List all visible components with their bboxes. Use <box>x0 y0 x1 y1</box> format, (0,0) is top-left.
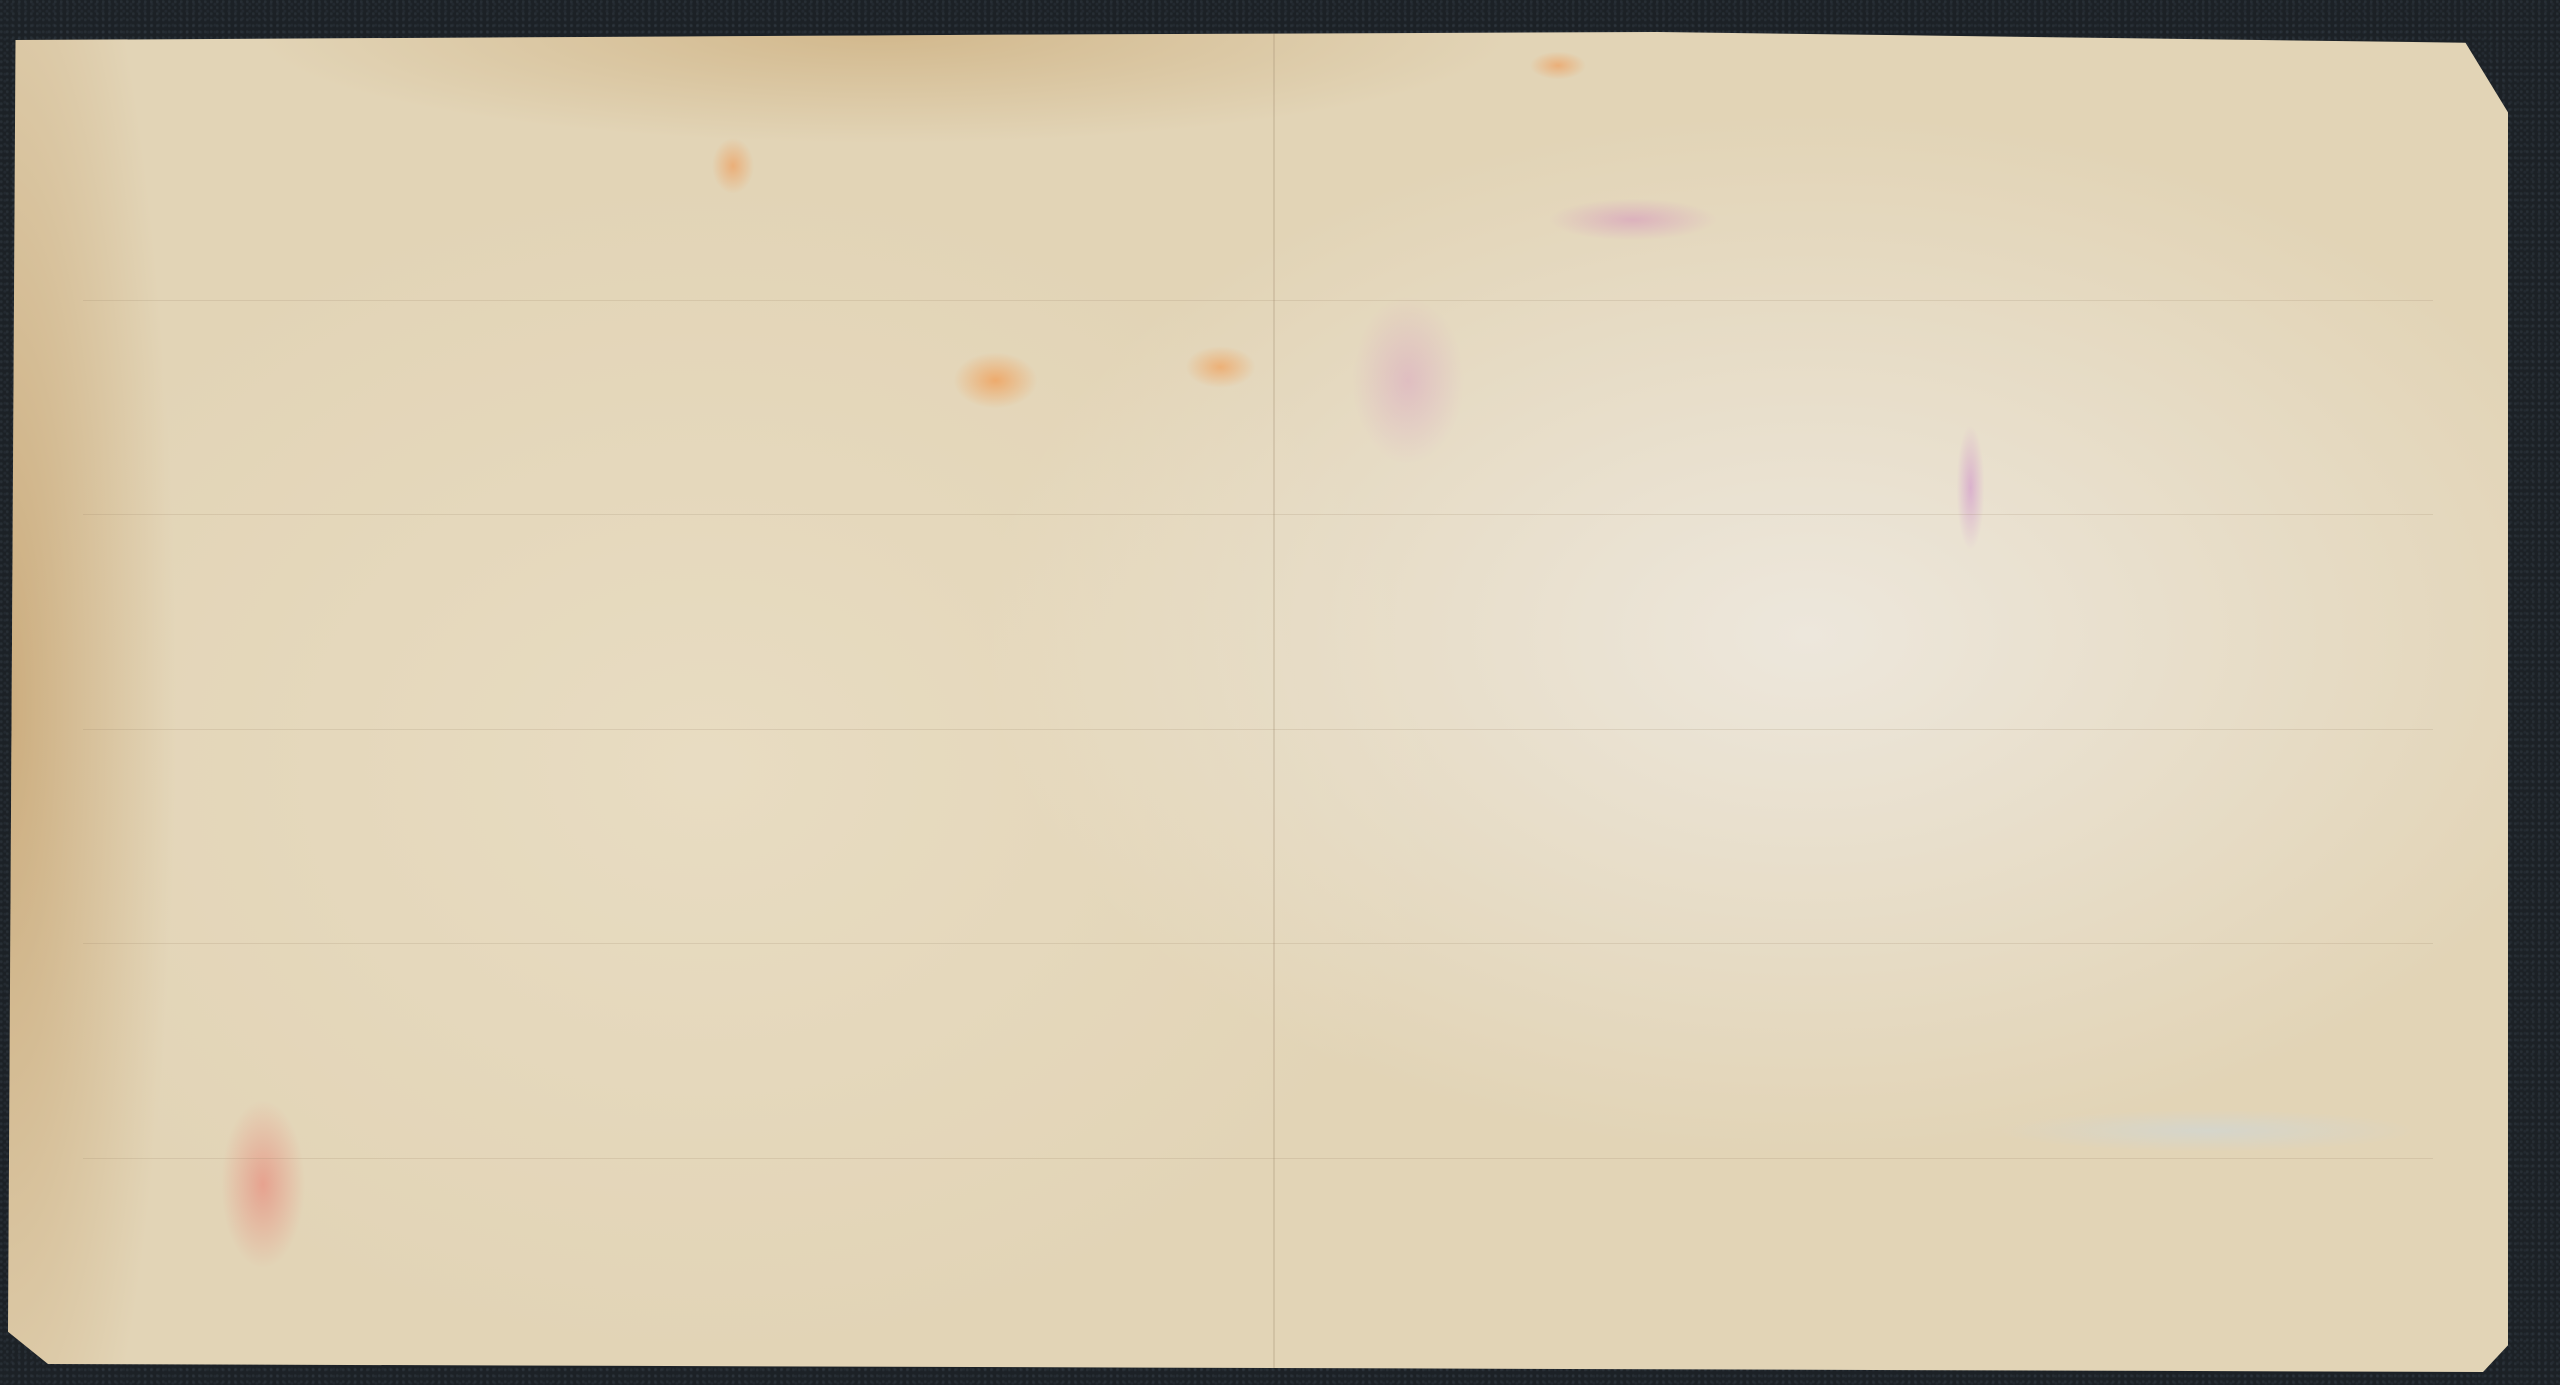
faint-ruled-line <box>83 943 2433 944</box>
image-description: Blank reverse side of an old, stained pa… <box>0 0 1 1</box>
faint-ruled-line <box>83 514 2433 515</box>
faint-ruled-line <box>83 300 2433 301</box>
faint-ruled-line <box>83 729 2433 730</box>
center-fold-crease <box>1273 32 1275 1372</box>
aged-paper-note <box>8 32 2508 1372</box>
faint-ruled-line <box>83 1158 2433 1159</box>
